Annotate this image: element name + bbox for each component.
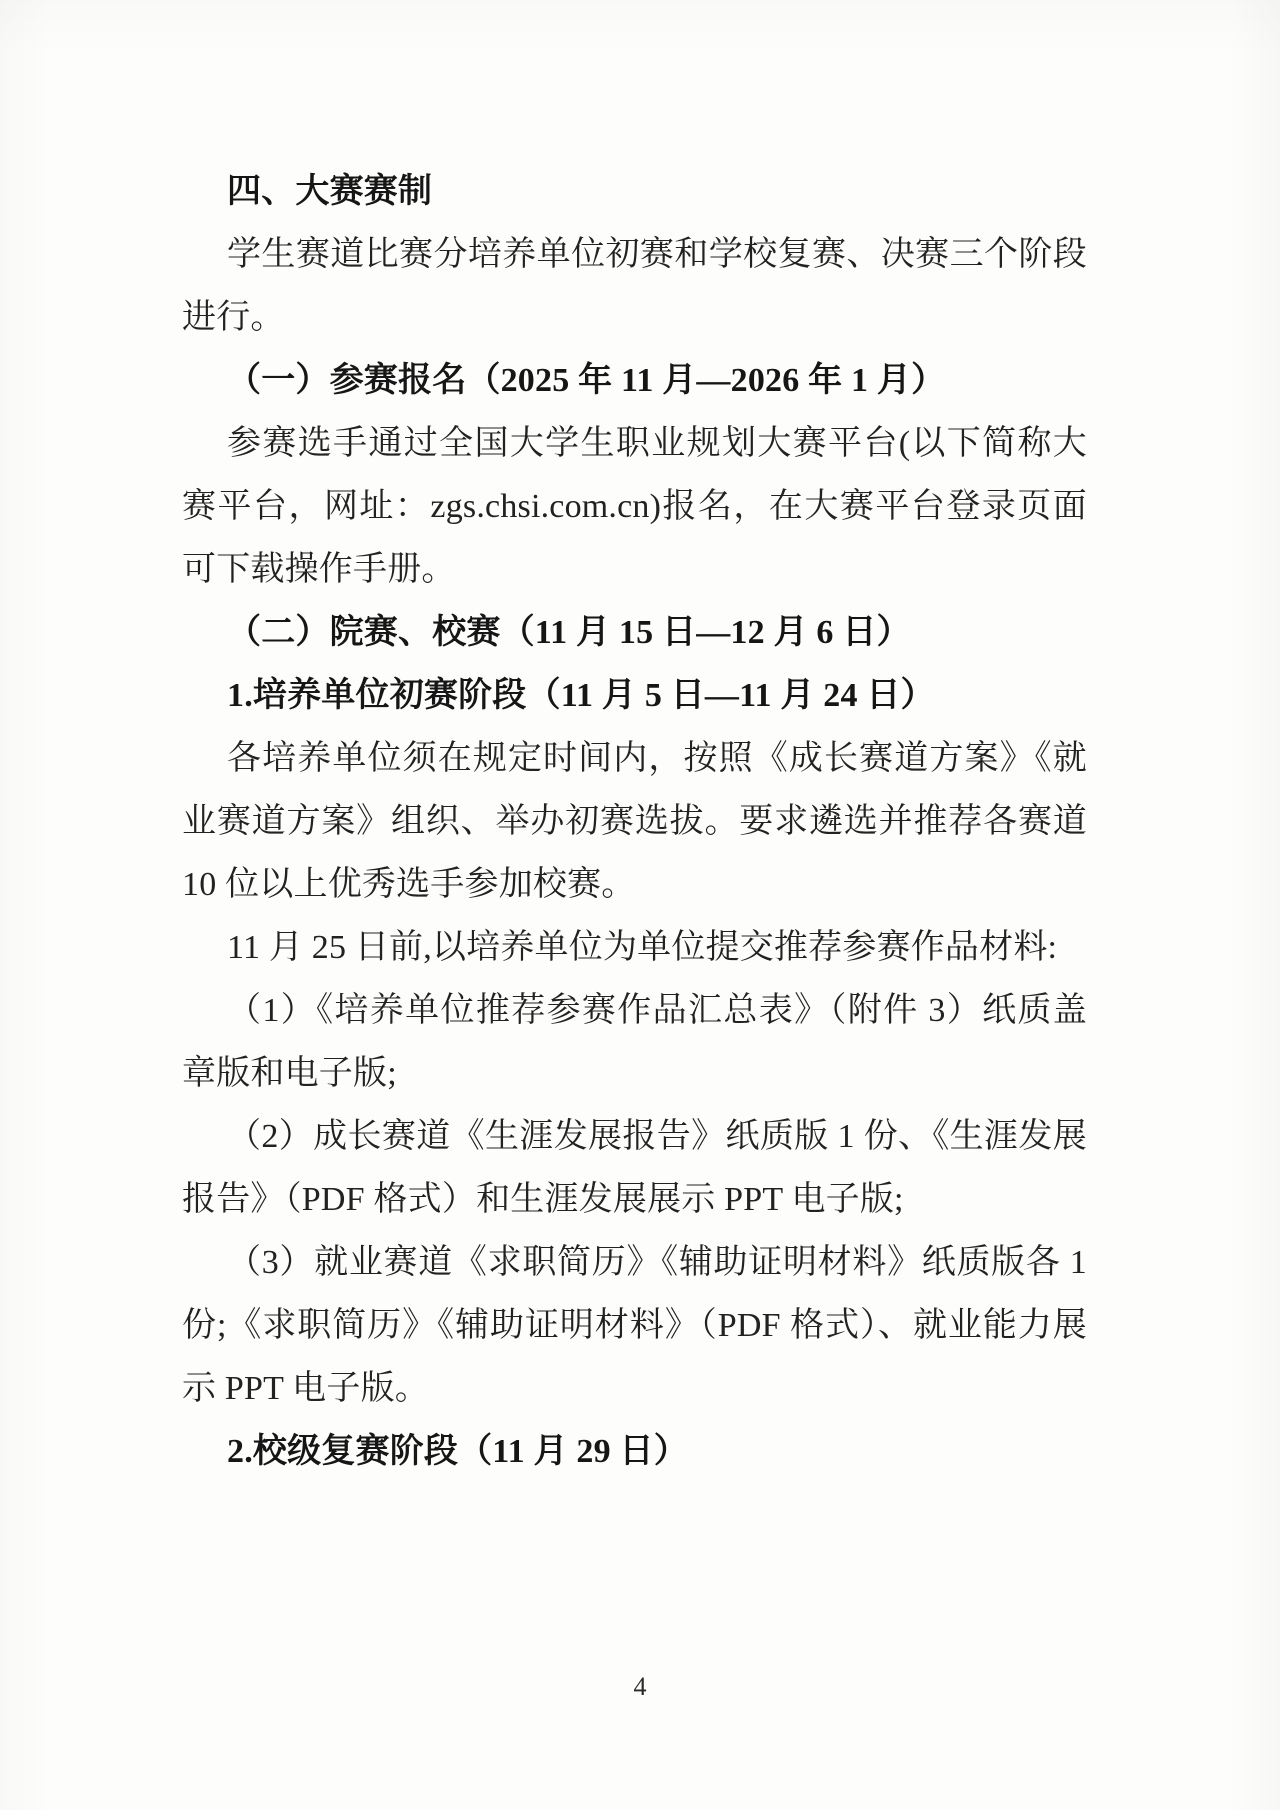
para-preliminary-requirements: 各培养单位须在规定时间内，按照《成长赛道方案》《就业赛道方案》组织、举办初赛选拔… <box>182 727 1087 916</box>
para-registration-platform: 参赛选手通过全国大学生职业规划大赛平台(以下简称大赛平台，网址：zgs.chsi… <box>182 412 1087 601</box>
para-item-1-summary-table: （1）《培养单位推荐参赛作品汇总表》（附件 3）纸质盖章版和电子版; <box>182 979 1087 1105</box>
heading-college-school-rounds: （二）院赛、校赛（11 月 15 日—12 月 6 日） <box>182 601 1087 664</box>
document-page: 四、大赛赛制 学生赛道比赛分培养单位初赛和学校复赛、决赛三个阶段进行。 （一）参… <box>0 0 1280 1810</box>
para-intro-stages: 学生赛道比赛分培养单位初赛和学校复赛、决赛三个阶段进行。 <box>182 223 1087 349</box>
para-item-2-growth-track: （2）成长赛道《生涯发展报告》纸质版 1 份、《生涯发展报告》（PDF 格式）和… <box>182 1105 1087 1231</box>
para-submission-deadline: 11 月 25 日前,以培养单位为单位提交推荐参赛作品材料: <box>182 916 1087 979</box>
heading-section-four-competition-format: 四、大赛赛制 <box>182 160 1087 223</box>
heading-school-semifinal-stage: 2.校级复赛阶段（11 月 29 日） <box>182 1420 1087 1483</box>
heading-registration: （一）参赛报名（2025 年 11 月—2026 年 1 月） <box>182 349 1087 412</box>
heading-preliminary-stage: 1.培养单位初赛阶段（11 月 5 日—11 月 24 日） <box>182 664 1087 727</box>
document-body: 四、大赛赛制 学生赛道比赛分培养单位初赛和学校复赛、决赛三个阶段进行。 （一）参… <box>182 160 1087 1483</box>
page-number: 4 <box>634 1672 647 1701</box>
page-footer: 4 <box>0 1672 1280 1702</box>
para-item-3-employment-track: （3）就业赛道《求职简历》《辅助证明材料》纸质版各 1 份;《求职简历》《辅助证… <box>182 1231 1087 1420</box>
